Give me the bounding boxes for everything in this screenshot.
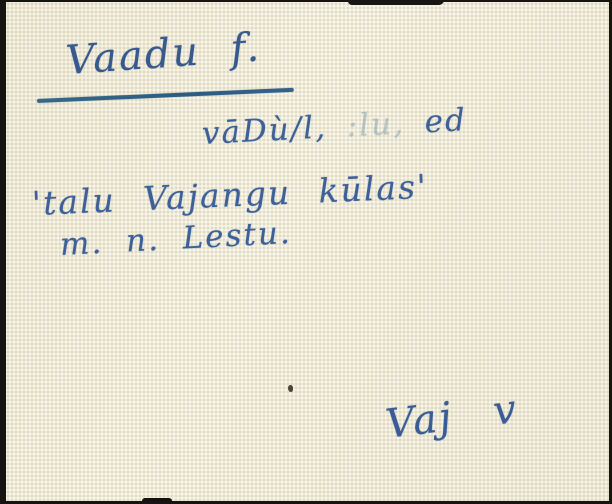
forms-part1: vāDù/l, — [201, 108, 348, 152]
scan-edge-artifact-bottom — [142, 498, 172, 501]
forms-line: vāDù/l, :lu, ed — [201, 102, 468, 152]
headword-line: Vaadu f. — [64, 24, 262, 83]
forms-part2-faded: :lu, — [346, 104, 426, 144]
forms-part3: ed — [424, 102, 468, 140]
headword-underline — [37, 88, 294, 103]
collector-signature: Vaj v — [383, 386, 520, 448]
scanned-card: Vaadu f. vāDù/l, :lu, ed 'talu Vajangu k… — [0, 0, 612, 504]
scan-edge-artifact-top — [348, 0, 444, 5]
name-note-line: m. n. Lestu. — [59, 215, 292, 263]
index-card: Vaadu f. vāDù/l, :lu, ed 'talu Vajangu k… — [6, 2, 609, 501]
ink-speck — [288, 385, 293, 392]
description-line: 'talu Vajangu kūlas' — [31, 167, 429, 223]
